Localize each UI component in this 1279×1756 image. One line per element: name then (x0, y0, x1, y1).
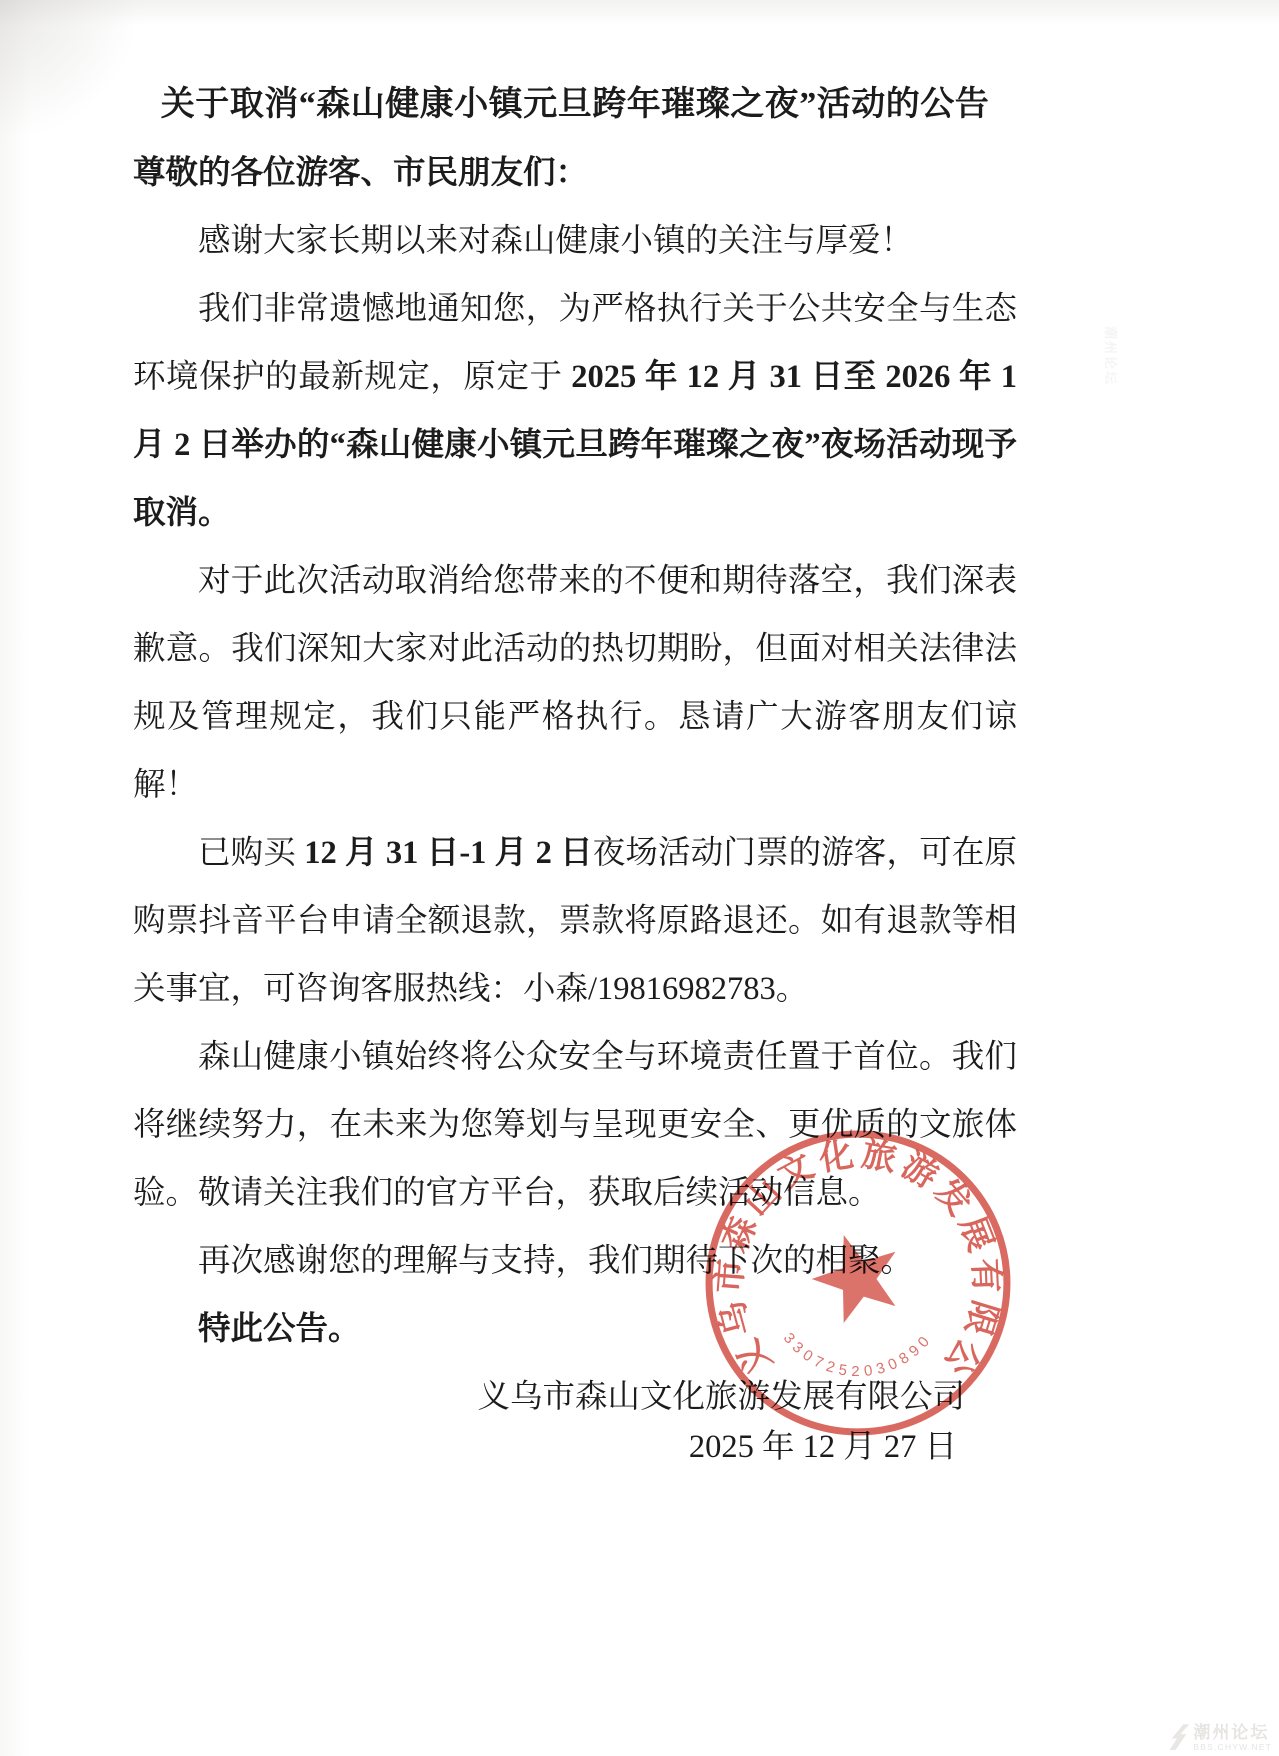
forum-watermark-side: 潮州论坛 (1102, 326, 1121, 386)
body-paragraph: 森山健康小镇始终将公众安全与环境责任置于首位。我们将继续努力，在未来为您筹划与呈… (133, 1023, 1017, 1227)
watermark-text-block: 潮州论坛 BBS.CHYW.NET (1193, 1724, 1272, 1752)
announcement-document: 关于取消“森山健康小镇元旦跨年璀璨之夜”活动的公告 尊敬的各位游客、市民朋友们：… (133, 71, 1017, 1481)
body-text: 感谢大家长期以来对森山健康小镇的关注与厚爱！ (198, 223, 913, 259)
forum-watermark: 潮州论坛 BBS.CHYW.NET (1169, 1724, 1272, 1752)
body-text: 再次感谢您的理解与支持，我们期待下次的相聚。 (198, 1243, 913, 1279)
body-paragraph: 对于此次活动取消给您带来的不便和期待落空，我们深表歉意。我们深知大家对此活动的热… (133, 547, 1017, 819)
forum-logo-icon (1169, 1724, 1189, 1750)
body-paragraph: 已购买 12 月 31 日-1 月 2 日夜场活动门票的游客，可在原购票抖音平台… (133, 819, 1017, 1023)
body-paragraph: 我们非常遗憾地通知您，为严格执行关于公共安全与生态环境保护的最新规定，原定于 2… (133, 275, 1017, 547)
watermark-site-name-side: 潮州论坛 (1103, 326, 1118, 386)
body-text: 已购买 (198, 835, 304, 871)
page-title: 关于取消“森山健康小镇元旦跨年璀璨之夜”活动的公告 (133, 71, 1017, 139)
salutation: 尊敬的各位游客、市民朋友们： (133, 139, 1017, 207)
watermark-site-url: BBS.CHYW.NET (1193, 1743, 1272, 1752)
body-text: 森山健康小镇始终将公众安全与环境责任置于首位。我们将继续努力，在未来为您筹划与呈… (133, 1039, 1017, 1211)
body-text: 对于此次活动取消给您带来的不便和期待落空，我们深表歉意。我们深知大家对此活动的热… (133, 563, 1017, 803)
watermark-site-name: 潮州论坛 (1193, 1724, 1272, 1741)
emphasis-text: 12 月 31 日-1 月 2 日 (304, 835, 593, 871)
body-paragraph: 再次感谢您的理解与支持，我们期待下次的相聚。 (133, 1227, 1017, 1295)
closing-statement: 特此公告。 (133, 1295, 1017, 1363)
body-paragraphs: 感谢大家长期以来对森山健康小镇的关注与厚爱！我们非常遗憾地通知您，为严格执行关于… (133, 207, 1017, 1295)
body-paragraph: 感谢大家长期以来对森山健康小镇的关注与厚爱！ (133, 207, 1017, 275)
